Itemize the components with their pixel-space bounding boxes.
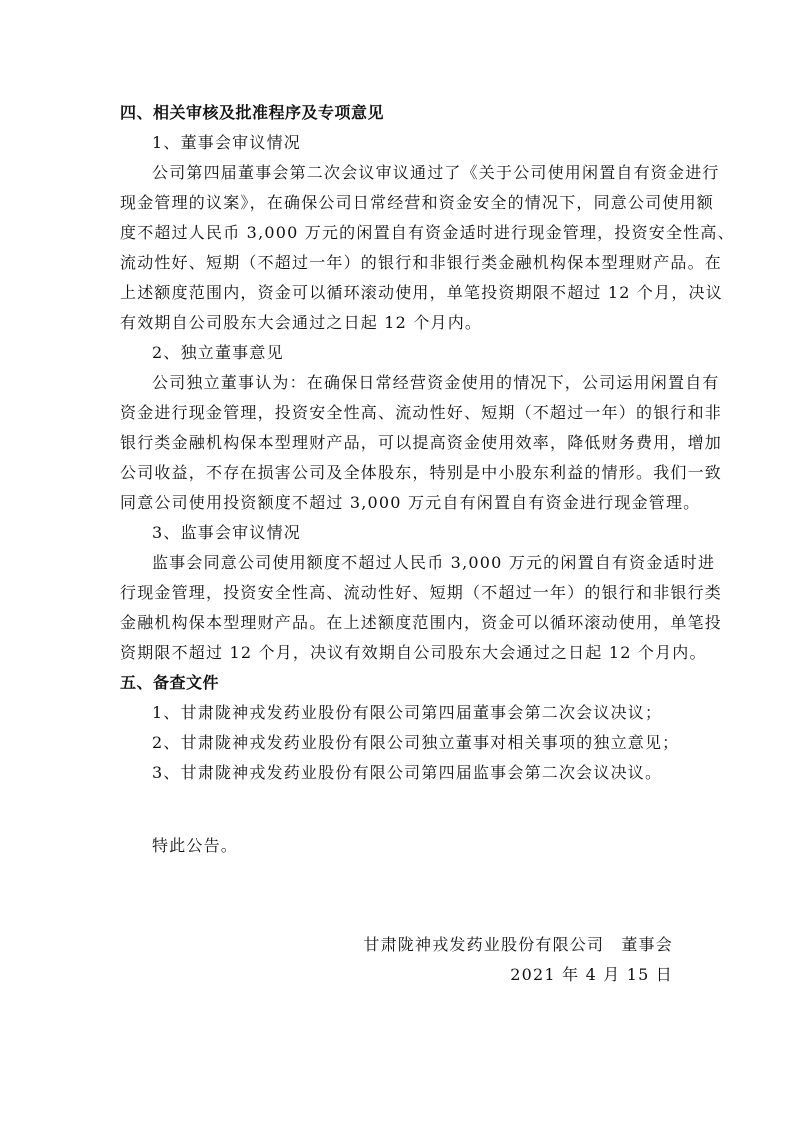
signature-company: 甘肃陇神戎发药业股份有限公司 董事会 [363,935,673,955]
paragraph-line: 行现金管理，投资安全性高、流动性好、短期（不超过一年）的银行和非银行类 [120,583,673,603]
section-heading-reference-documents: 五、备查文件 [120,673,673,693]
paragraph-line: 公司第四届董事会第二次会议审议通过了《关于公司使用闲置自有资金进行 [152,163,673,183]
reference-document-item: 2、甘肃陇神戎发药业股份有限公司独立董事对相关事项的独立意见； [152,733,673,753]
paragraph-line: 有效期自公司股东大会通过之日起 12 个月内。 [120,313,673,333]
paragraph-line: 资期限不超过 12 个月，决议有效期自公司股东大会通过之日起 12 个月内。 [120,643,673,663]
paragraph-line: 监事会同意公司使用额度不超过人民币 3,000 万元的闲置自有资金适时进 [152,553,673,573]
subsection-title-supervisory-review: 3、监事会审议情况 [152,523,673,543]
document-page: 四、相关审核及批准程序及专项意见 1、董事会审议情况 公司第四届董事会第二次会议… [0,0,793,1122]
paragraph-line: 金融机构保本型理财产品。在上述额度范围内，资金可以循环滚动使用，单笔投 [120,613,673,633]
subsection-title-independent-directors: 2、独立董事意见 [152,343,673,363]
paragraph-line: 同意公司使用投资额度不超过 3,000 万元自有闲置自有资金进行现金管理。 [120,493,673,513]
paragraph-line: 银行类金融机构保本型理财产品，可以提高资金使用效率，降低财务费用，增加 [120,433,673,453]
section-heading-review-procedures: 四、相关审核及批准程序及专项意见 [120,103,673,123]
subsection-title-board-review: 1、董事会审议情况 [152,133,673,153]
signature-date: 2021 年 4 月 15 日 [510,965,673,985]
paragraph-line: 上述额度范围内，资金可以循环滚动使用，单笔投资期限不超过 12 个月，决议 [120,283,673,303]
reference-document-item: 1、甘肃陇神戎发药业股份有限公司第四届董事会第二次会议决议； [152,703,673,723]
paragraph-line: 度不超过人民币 3,000 万元的闲置自有资金适时进行现金管理，投资安全性高、 [120,223,673,243]
paragraph-line: 流动性好、短期（不超过一年）的银行和非银行类金融机构保本型理财产品。在 [120,253,673,273]
closing-statement: 特此公告。 [152,836,673,856]
paragraph-line: 现金管理的议案》，在确保公司日常经营和资金安全的情况下，同意公司使用额 [120,193,673,213]
paragraph-line: 资金进行现金管理，投资安全性高、流动性好、短期（不超过一年）的银行和非 [120,403,673,423]
paragraph-line: 公司独立董事认为：在确保日常经营资金使用的情况下，公司运用闲置自有 [152,373,673,393]
paragraph-line: 公司收益，不存在损害公司及全体股东，特别是中小股东利益的情形。我们一致 [120,463,673,483]
reference-document-item: 3、甘肃陇神戎发药业股份有限公司第四届监事会第二次会议决议。 [152,763,673,783]
